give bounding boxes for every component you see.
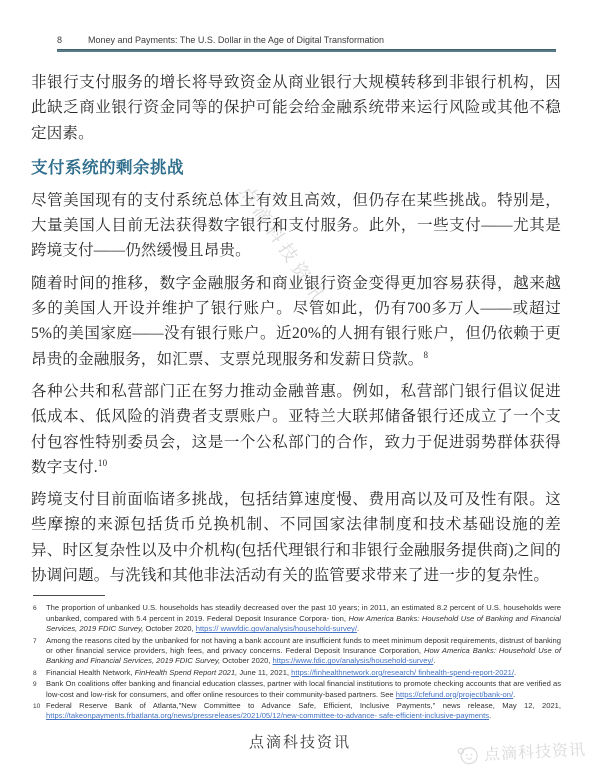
footnote-marker: 10 (33, 702, 40, 712)
footnote-ref: 10 (98, 458, 107, 468)
brand-watermark-text: 点滴科技资讯 (483, 737, 586, 765)
footnote: 10Federal Reserve Bank of Atlanta,"New C… (31, 701, 561, 722)
footnote-ref: 8 (424, 350, 429, 360)
page-number: 8 (57, 35, 88, 45)
footnote-marker: 8 (33, 669, 37, 679)
footnote-link[interactable]: https:// wwwfdic.gov/analysis/household-… (196, 624, 357, 633)
page-header: 8 Money and Payments: The U.S. Dollar in… (57, 35, 557, 45)
document-page: 8 Money and Payments: The U.S. Dollar in… (0, 0, 600, 777)
body-paragraph: 跨境支付目前面临诸多挑战，包括结算速度慢、费用高以及可及性有限。这些摩擦的来源包… (31, 487, 561, 588)
document-body: 非银行支付服务的增长将导致资金从商业银行大规模转移到非银行机构，因此缺乏商业银行… (31, 70, 561, 723)
footnote-link[interactable]: https://cfefund.org/project/bank-on/ (396, 690, 513, 699)
footnote: 8Financial Health Network, FinHealth Spe… (31, 668, 561, 678)
paragraph-text: 尽管美国现有的支付系统总体上有效且高效，但仍存在某些挑战。特别是，大量美国人目前… (31, 192, 561, 260)
body-paragraph: 尽管美国现有的支付系统总体上有效且高效，但仍存在某些挑战。特别是，大量美国人目前… (31, 188, 561, 264)
footnote: 7Among the reasons cited by the unbanked… (31, 636, 561, 667)
body-paragraph: 非银行支付服务的增长将导致资金从商业银行大规模转移到非银行机构，因此缺乏商业银行… (31, 70, 561, 146)
running-title: Money and Payments: The U.S. Dollar in t… (88, 35, 384, 45)
section-heading: 支付系统的剩余挑战 (31, 157, 561, 179)
paragraph-text: 非银行支付服务的增长将导致资金从商业银行大规模转移到非银行机构，因此缺乏商业银行… (31, 74, 561, 142)
paragraph-text: 跨境支付目前面临诸多挑战，包括结算速度慢、费用高以及可及性有限。这些摩擦的来源包… (31, 491, 561, 584)
footnote-link[interactable]: https://finhealthnetwork.org/research/ f… (291, 668, 514, 677)
footnote: 9Bank On coalitions offer banking and fi… (31, 679, 561, 700)
footnote-marker: 9 (33, 680, 37, 690)
footnote-marker: 7 (33, 637, 37, 647)
body-paragraph: 随着时间的推移，数字金融服务和商业银行资金变得更加容易获得，越来越多的美国人开设… (31, 271, 561, 372)
paragraph-text: 各种公共和私营部门正在努力推动金融普惠。例如，私营部门银行倡议促进低成本、低风险… (31, 383, 561, 476)
footnotes-section: 6The proportion of unbanked U.S. househo… (31, 603, 561, 721)
header-rule (57, 49, 556, 52)
paragraph-text: 随着时间的推移，数字金融服务和商业银行资金变得更加容易获得，越来越多的美国人开设… (31, 275, 561, 368)
footnote-marker: 6 (33, 604, 37, 614)
body-paragraph: 各种公共和私营部门正在努力推动金融普惠。例如，私营部门银行倡议促进低成本、低风险… (31, 379, 561, 480)
footnote-link[interactable]: https://www.fdic.gov/analysis/household-… (273, 656, 434, 665)
footnote: 6The proportion of unbanked U.S. househo… (31, 603, 561, 634)
brand-logo-icon (455, 743, 480, 766)
footnote-link[interactable]: https://takeonpayments.frbatlanta.org/ne… (46, 711, 489, 720)
footnote-separator (33, 595, 105, 596)
